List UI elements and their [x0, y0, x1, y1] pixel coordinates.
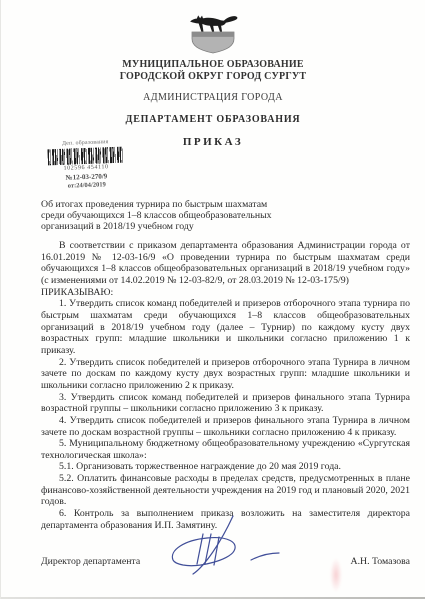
order-body: В соответствии с приказом департамента о… [41, 240, 410, 531]
handwritten-signature-icon [159, 512, 309, 582]
surgut-coat-of-arms-icon [186, 12, 240, 54]
order-item-1: 1. Утвердить список команд победителей и… [41, 298, 410, 356]
order-item-5-1: 5.1. Организовать торжественное награжде… [41, 461, 410, 473]
org-name-line1: МУНИЦИПАЛЬНОЕ ОБРАЗОВАНИЕ [1, 59, 425, 71]
subject-line3: организаций в 2018/19 учебном году [41, 221, 316, 232]
signer-position: Директор департамента [41, 556, 140, 567]
preamble-paragraph: В соответствии с приказом департамента о… [41, 240, 410, 287]
order-item-2: 2. Утвердить список победителей и призер… [41, 357, 410, 392]
department-line: ДЕПАРТАМЕНТ ОБРАЗОВАНИЯ [1, 114, 425, 125]
order-item-3: 3. Утвердить список команд победителей и… [41, 392, 410, 415]
subject-block: Об итогах проведения турнира по быстрым … [41, 199, 316, 233]
order-word: ПРИКАЗЫВАЮ: [41, 287, 410, 299]
subject-line2: среди обучающихся 1–8 классов общеобразо… [41, 210, 316, 221]
administration-line: АДМИНИСТРАЦИЯ ГОРОДА [1, 92, 425, 103]
barcode-icon [47, 147, 124, 166]
signer-name: А.Н. Томазова [351, 556, 411, 567]
order-item-5: 5. Муниципальному бюджетному общеобразов… [41, 438, 410, 461]
registration-stamp: Деп. образования 102596 454110 №12-03-27… [42, 139, 130, 191]
document-page: МУНИЦИПАЛЬНОЕ ОБРАЗОВАНИЕ ГОРОДСКОЙ ОКРУ… [0, 0, 425, 599]
order-item-5-2: 5.2. Оплатить финансовые расходы в преде… [41, 473, 410, 508]
order-item-4: 4. Утвердить список победителей и призер… [41, 415, 410, 438]
org-name-line2: ГОРОДСКОЙ ОКРУГ ГОРОД СУРГУТ [1, 71, 425, 83]
scan-ink-smudge [330, 558, 342, 592]
registration-date: от:24/04/2019 [44, 180, 130, 191]
document-header: МУНИЦИПАЛЬНОЕ ОБРАЗОВАНИЕ ГОРОДСКОЙ ОКРУ… [1, 12, 425, 148]
subject-line1: Об итогах проведения турнира по быстрым … [41, 199, 316, 210]
